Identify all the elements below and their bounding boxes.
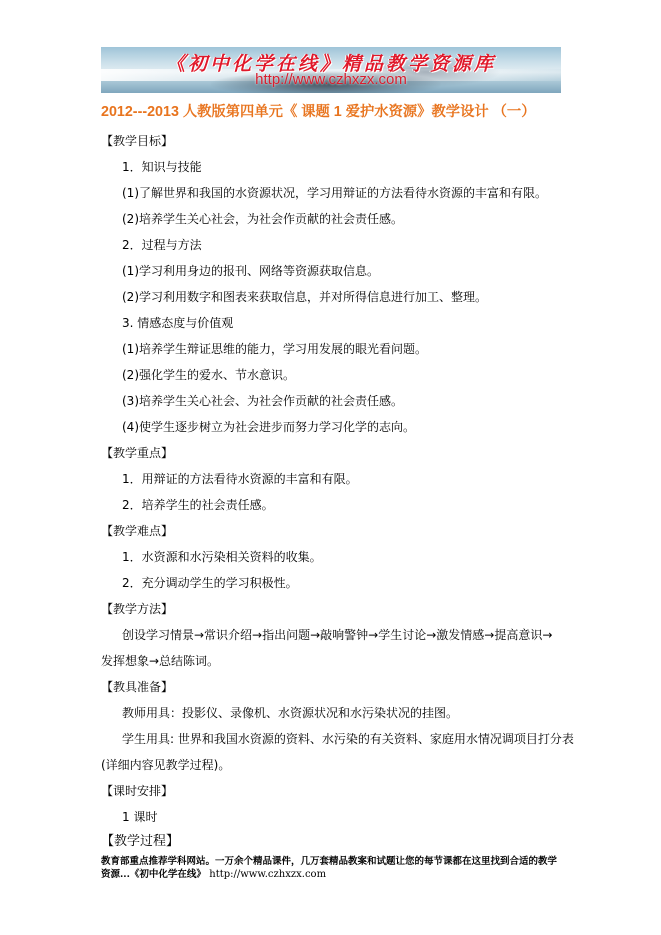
method-line: 发挥想象→总结陈词。 [101, 653, 219, 669]
objective-line: (4)使学生逐步树立为社会进步而努力学习化学的志向。 [122, 419, 415, 435]
objective-line: 1．知识与技能 [122, 159, 202, 175]
key-point-line: 2．培养学生的社会责任感。 [122, 497, 274, 513]
materials-line: 学生用具: 世界和我国水资源的资料、水污染的有关资料、家庭用水情况调项目打分表 [122, 731, 574, 747]
page-footer: 教育部重点推荐学科网站。一万余个精品课件，几万套精品教案和试题让您的每节课都在这… [101, 855, 566, 881]
section-heading-schedule: 【课时安排】 [101, 783, 173, 799]
objective-line: (1)培养学生辩证思维的能力，学习用发展的眼光看问题。 [122, 341, 427, 357]
objective-line: (2)培养学生关心社会，为社会作贡献的社会责任感。 [122, 211, 403, 227]
section-heading-objectives: 【教学目标】 [101, 133, 173, 149]
difficulty-line: 2．充分调动学生的学习积极性。 [122, 575, 298, 591]
document-title: 2012---2013 人教版第四单元《 课题 1 爱护水资源》教学设计 （一） [101, 101, 571, 121]
section-heading-methods: 【教学方法】 [101, 601, 173, 617]
key-point-line: 1．用辩证的方法看待水资源的丰富和有限。 [122, 471, 358, 487]
site-banner: 《初中化学在线》精品教学资源库 http://www.czhxzx.com [101, 47, 561, 93]
section-heading-difficulties: 【教学难点】 [101, 523, 173, 539]
materials-line: (详细内容见教学过程)。 [101, 757, 230, 773]
objective-line: (2)学习利用数字和图表来获取信息，并对所得信息进行加工、整理。 [122, 289, 487, 305]
difficulty-line: 1．水资源和水污染相关资料的收集。 [122, 549, 322, 565]
materials-line: 教师用具：投影仪、录像机、水资源状况和水污染状况的挂图。 [122, 705, 458, 721]
objective-line: (1)学习利用身边的报刊、网络等资源获取信息。 [122, 263, 379, 279]
footer-url[interactable]: http://www.czhxzx.com [209, 869, 326, 880]
objective-line: (2)强化学生的爱水、节水意识。 [122, 367, 295, 383]
objective-line: (3)培养学生关心社会、为社会作贡献的社会责任感。 [122, 393, 403, 409]
objective-line: 2．过程与方法 [122, 237, 202, 253]
method-line: 创设学习情景→常识介绍→指出问题→敲响警钟→学生讨论→激发情感→提高意识→ [122, 627, 552, 643]
objective-line: (1)了解世界和我国的水资源状况，学习用辩证的方法看待水资源的丰富和有限。 [122, 185, 547, 201]
banner-url[interactable]: http://www.czhxzx.com [101, 71, 561, 88]
footer-text: 教育部重点推荐学科网站。一万余个精品课件，几万套精品教案和试题让您的每节课都在这… [101, 856, 557, 880]
objective-line: 3. 情感态度与价值观 [122, 315, 233, 331]
section-heading-materials: 【教具准备】 [101, 679, 173, 695]
section-heading-key-points: 【教学重点】 [101, 445, 173, 461]
section-heading-process: 【教学过程】 [101, 834, 179, 850]
schedule-line: 1 课时 [122, 809, 157, 825]
